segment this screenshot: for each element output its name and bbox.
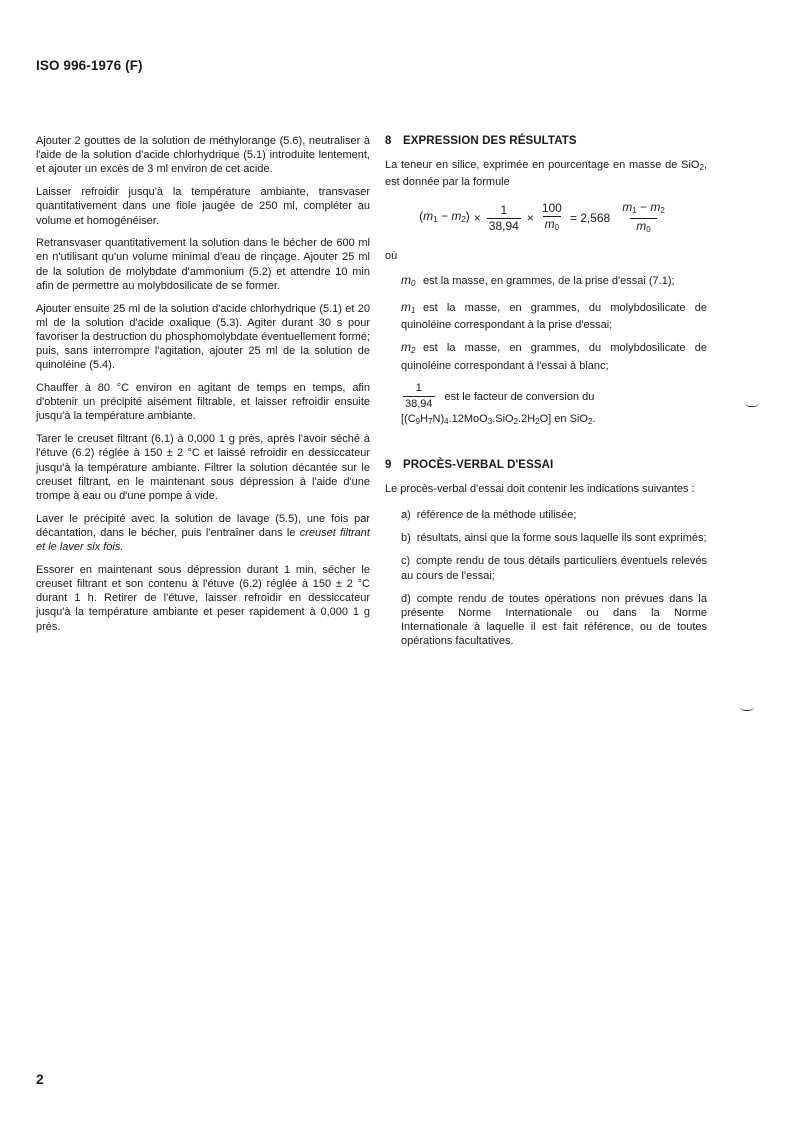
silica-formula: (m1 − m2) × 1 38,94 × 100 m0 = 2,568 m1 … xyxy=(385,200,707,237)
wash-paragraph: Laver le précipité avec la solution de l… xyxy=(36,512,370,555)
definition-m2: m2est la masse, en grammes, du molybdosi… xyxy=(401,340,707,372)
paragraph: Tarer le creuset filtrant (6.1) à 0,000 … xyxy=(36,432,370,503)
fraction-percent: 100 m0 xyxy=(540,201,564,235)
document-header: ISO 996-1976 (F) xyxy=(36,58,143,73)
paragraph: Retransvaser quantitativement la solutio… xyxy=(36,236,370,293)
margin-mark xyxy=(740,706,754,711)
paragraph: Essorer en maintenant sous dépression du… xyxy=(36,563,370,634)
definition-m1: m1est la masse, en grammes, du molybdosi… xyxy=(401,300,707,332)
list-item: d)compte rendu de toutes opérations non … xyxy=(401,592,707,649)
paragraph: Ajouter ensuite 25 ml de la solution d'a… xyxy=(36,302,370,373)
paragraph: Chauffer à 80 °C environ en agitant de t… xyxy=(36,381,370,424)
section-8-intro: La teneur en silice, exprimée en pourcen… xyxy=(385,158,707,189)
section-9-heading: 9PROCÈS-VERBAL D'ESSAI xyxy=(385,458,707,472)
right-column: 8EXPRESSION DES RÉSULTATS La teneur en s… xyxy=(385,134,707,658)
left-column: Ajouter 2 gouttes de la solution de méth… xyxy=(36,134,370,642)
list-item: b)résultats, ainsi que la forme sous laq… xyxy=(401,531,707,545)
section-title: PROCÈS-VERBAL D'ESSAI xyxy=(403,459,553,471)
margin-mark xyxy=(745,402,759,407)
section-9-intro: Le procès-verbal d'essai doit contenir l… xyxy=(385,482,707,496)
fraction-conversion: 1 38,94 xyxy=(487,203,521,234)
conversion-fraction: 1 38,94 xyxy=(403,381,435,412)
where-label: où xyxy=(385,249,707,263)
definition-m0: m0est la masse, en grammes, de la prise … xyxy=(401,273,707,291)
definition-conversion-factor: 1 38,94 est le facteur de conversion du … xyxy=(401,381,707,429)
section-8-heading: 8EXPRESSION DES RÉSULTATS xyxy=(385,134,707,148)
section-title: EXPRESSION DES RÉSULTATS xyxy=(403,135,577,147)
paragraph: Laisser refroidir jusqu'à la température… xyxy=(36,185,370,228)
compound-formula: [(C9H7N)4.12MoO3.SiO2.2H2O] en SiO2. xyxy=(401,412,707,429)
formula-lhs: (m1 − m2) xyxy=(419,209,470,227)
paragraph: Ajouter 2 gouttes de la solution de méth… xyxy=(36,134,370,177)
report-items-list: a)référence de la méthode utilisée; b)ré… xyxy=(401,508,707,649)
section-number: 8 xyxy=(385,134,403,148)
section-number: 9 xyxy=(385,458,403,472)
fraction-result: m1 − m2 m0 xyxy=(616,200,671,237)
list-item: a)référence de la méthode utilisée; xyxy=(401,508,707,522)
list-item: c)compte rendu de tous détails particuli… xyxy=(401,554,707,582)
formula-equals: = 2,568 xyxy=(570,211,610,225)
page-number: 2 xyxy=(36,1071,44,1087)
